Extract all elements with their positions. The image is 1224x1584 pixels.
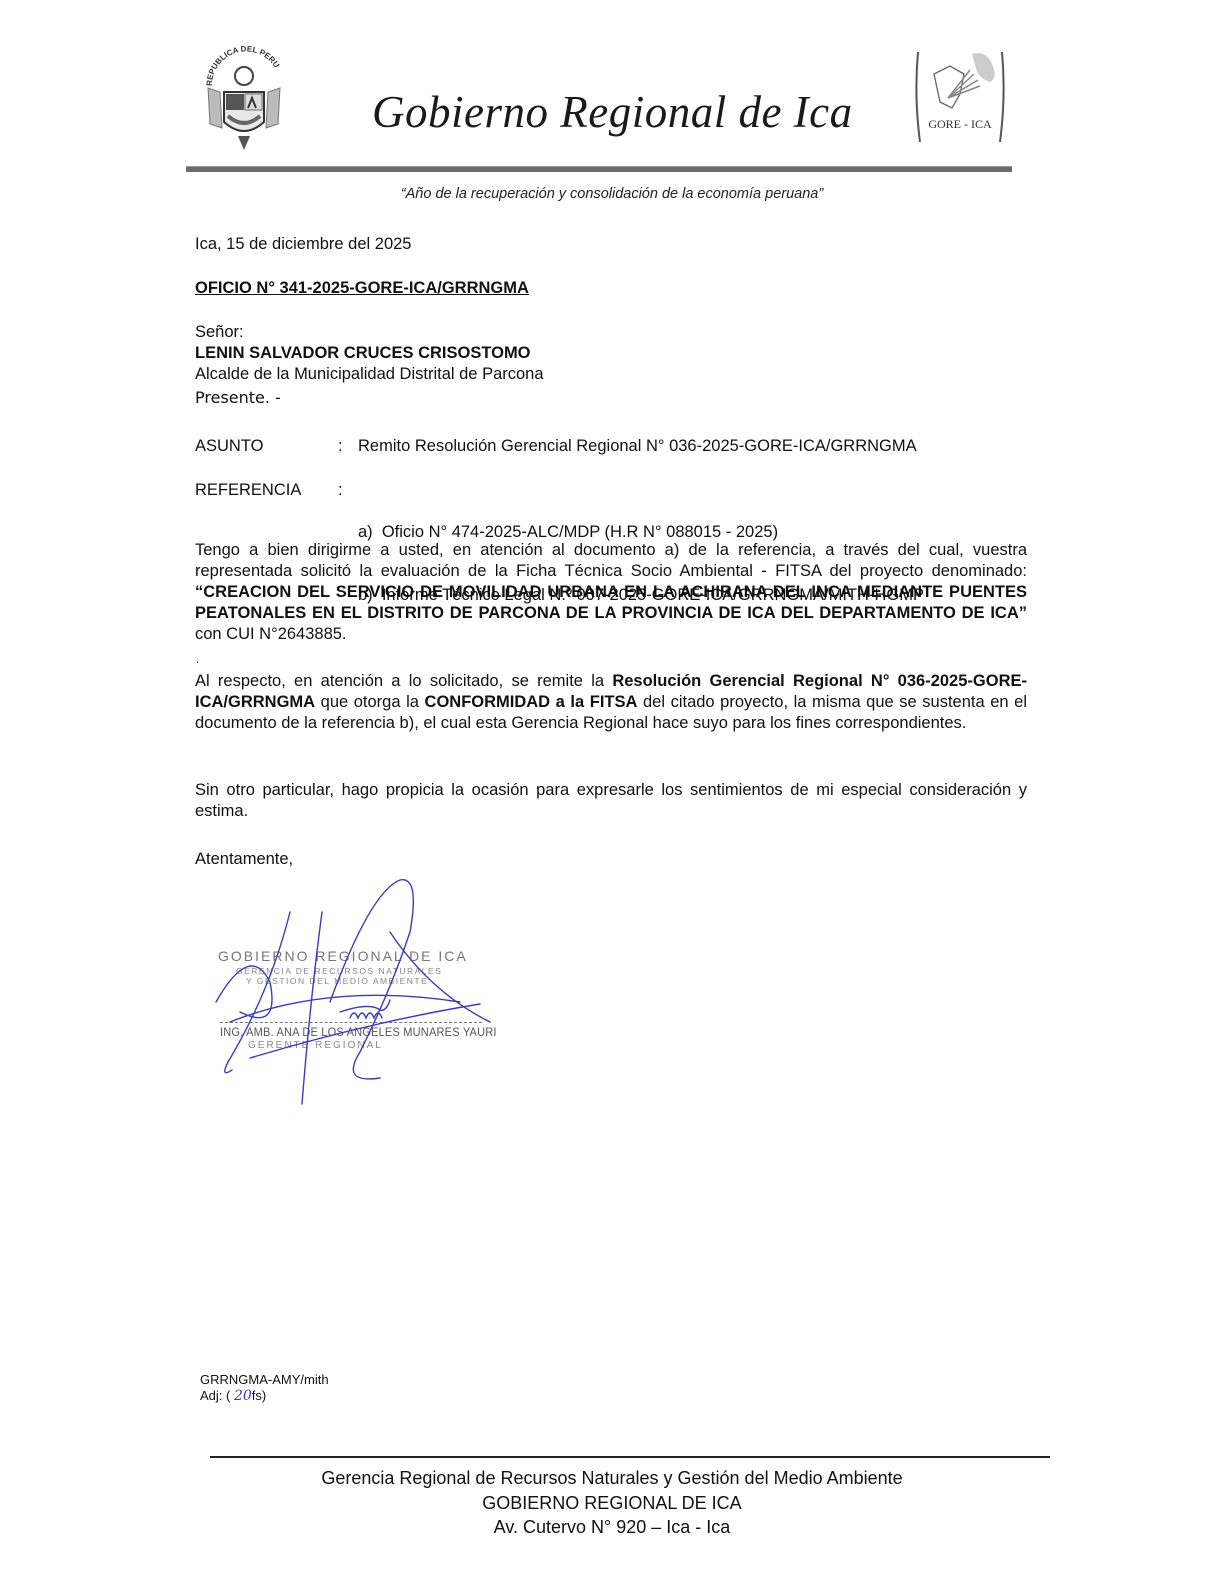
- attachments-count: 20: [234, 1388, 252, 1404]
- salutation: Señor:: [195, 322, 544, 343]
- paragraph-request: Tengo a bien dirigirme a usted, en atenc…: [195, 540, 1027, 645]
- footer-street: Av. Cutervo N° 920 – Ica - Ica: [0, 1515, 1224, 1540]
- addressee-position: Alcalde de la Municipalidad Distrital de…: [195, 364, 544, 385]
- letterhead-title: Gobierno Regional de Ica: [372, 86, 853, 138]
- addressee-name: LENIN SALVADOR CRUCES CRISOSTOMO: [195, 343, 544, 364]
- year-motto: “Año de la recuperación y consolidación …: [0, 186, 1224, 202]
- referencia-label: REFERENCIA: [195, 480, 301, 501]
- response-text: que otorga la: [315, 693, 424, 711]
- paragraph-request-intro: Tengo a bien dirigirme a usted, en atenc…: [195, 541, 1027, 580]
- closing: Atentamente,: [195, 849, 293, 870]
- response-text: Al respecto, en atención a lo solicitado…: [195, 672, 612, 690]
- stray-mark: .: [196, 652, 199, 666]
- svg-text:GORE - ICA: GORE - ICA: [928, 117, 992, 131]
- oficio-number: OFICIO N° 341-2025-GORE-ICA/GRRNGMA: [195, 278, 529, 299]
- asunto-label: ASUNTO: [195, 436, 263, 457]
- reference-initials: GRRNGMA-AMY/mith Adj: ( 20fs): [200, 1372, 329, 1404]
- footer-divider: [210, 1456, 1050, 1458]
- initials-code: GRRNGMA-AMY/mith: [200, 1372, 329, 1388]
- project-cui: con CUI N°2643885.: [195, 625, 347, 643]
- letter-date: Ica, 15 de diciembre del 2025: [195, 234, 411, 255]
- asunto-value: Remito Resolución Gerencial Regional N° …: [358, 436, 917, 457]
- presente-line: Presente. -: [195, 387, 544, 408]
- header-divider: [186, 166, 1012, 172]
- footer-office: Gerencia Regional de Recursos Naturales …: [0, 1466, 1224, 1491]
- paragraph-response: Al respecto, en atención a lo solicitado…: [195, 671, 1027, 734]
- handwritten-signature-icon: [210, 872, 500, 1108]
- conformity-statement: CONFORMIDAD a la FITSA: [425, 693, 638, 711]
- addressee-block: Señor: LENIN SALVADOR CRUCES CRISOSTOMO …: [195, 322, 544, 408]
- asunto-colon: :: [338, 436, 343, 457]
- footer-entity: GOBIERNO REGIONAL DE ICA: [0, 1491, 1224, 1516]
- svg-text:REPUBLICA DEL PERU: REPUBLICA DEL PERU: [205, 44, 281, 86]
- peru-coat-of-arms-icon: REPUBLICA DEL PERU: [198, 44, 290, 156]
- gore-ica-logo-icon: GORE - ICA: [912, 44, 1008, 148]
- footer-address: Gerencia Regional de Recursos Naturales …: [0, 1466, 1224, 1540]
- paragraph-farewell: Sin otro particular, hago propicia la oc…: [195, 780, 1027, 822]
- attachments-unit: fs): [252, 1388, 266, 1403]
- attachments-line: Adj: ( 20fs): [200, 1388, 329, 1404]
- project-name: “CREACION DEL SERVICIO DE MOVILIDAD URBA…: [195, 583, 1027, 622]
- attachments-label: Adj: (: [200, 1388, 234, 1403]
- referencia-colon: :: [338, 480, 343, 501]
